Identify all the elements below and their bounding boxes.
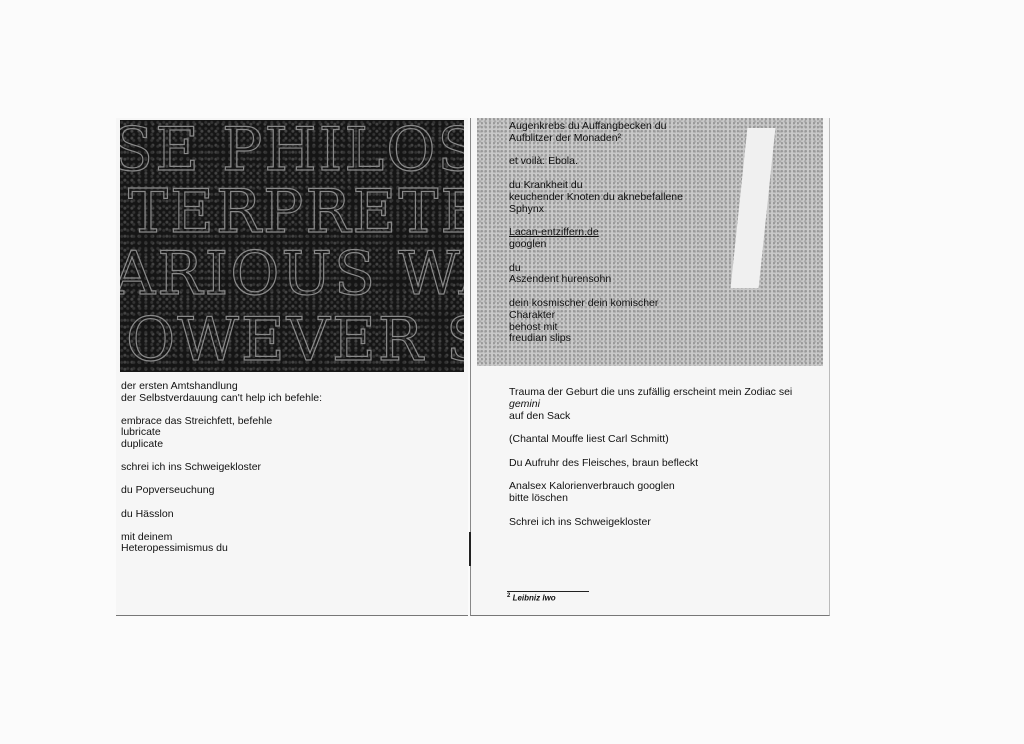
right-page: Augenkrebs du Auffangbecken duAufblitzer… — [470, 118, 830, 616]
poem-line: du — [509, 262, 521, 275]
poem-line: Heteropessimismus du — [121, 542, 228, 555]
footnote: 2 Leibniz lwo — [507, 593, 556, 603]
poem-line: du Hässlon — [121, 508, 174, 521]
poem-line: Schrei ich ins Schweigekloster — [509, 516, 651, 529]
left-page: SE PHILOSOPH TERPRETED ARIOUS WA OWEVER … — [116, 118, 468, 616]
poem-line: du Popverseuchung — [121, 484, 214, 497]
footnote-text: Leibniz lwo — [513, 594, 556, 603]
poem-line: et voilà: Ebola. — [509, 155, 578, 168]
poem-line: Charakter — [509, 309, 555, 322]
photo-text-line: ARIOUS WA — [120, 244, 464, 304]
poem-line: behost mit — [509, 321, 557, 334]
photo-light-patch — [731, 128, 776, 288]
poem-line: keuchender Knoten du aknebefallene — [509, 191, 683, 204]
bleed-through-text — [326, 400, 329, 430]
poem-line: Du Aufruhr des Fleisches, braun befleckt — [509, 457, 698, 470]
poem-line: du Krankheit du — [509, 179, 583, 192]
poem-line: dein kosmischer dein komischer — [509, 297, 658, 310]
poem-line: Sphynx — [509, 203, 544, 216]
photo-text-line: SE PHILOSOPH — [120, 120, 464, 180]
poem-line: duplicate — [121, 438, 163, 451]
inscription-photo: SE PHILOSOPH TERPRETED ARIOUS WA OWEVER … — [120, 120, 464, 372]
poem-line: der Selbstverdauung can't help ich befeh… — [121, 392, 322, 405]
photo-text-line: OWEVER S — [126, 310, 464, 370]
poem-line: Aszendent hurensohn — [509, 273, 611, 286]
photo-text-line: TERPRETED — [128, 182, 464, 242]
scan-mark — [469, 532, 471, 566]
poem-line: Trauma der Geburt die uns zufällig ersch… — [509, 386, 792, 399]
poem-line: bitte löschen — [509, 492, 568, 505]
poem-line: freudian slips — [509, 332, 571, 345]
poem-line: googlen — [509, 238, 546, 251]
footnote-rule — [507, 591, 589, 592]
footnote-marker: 2 — [507, 593, 510, 599]
poem-line: Augenkrebs du Auffangbecken du — [509, 120, 666, 133]
poem-line: Aufblitzer der Monaden² — [509, 132, 621, 145]
poem-line: Analsex Kalorienverbrauch googlen — [509, 480, 675, 493]
website-link[interactable]: Lacan-entziffern.de — [509, 226, 599, 239]
poem-line: gemini — [509, 398, 540, 411]
poem-line: auf den Sack — [509, 410, 570, 423]
poem-line: schrei ich ins Schweigekloster — [121, 461, 261, 474]
poem-line: (Chantal Mouffe liest Carl Schmitt) — [509, 433, 669, 446]
